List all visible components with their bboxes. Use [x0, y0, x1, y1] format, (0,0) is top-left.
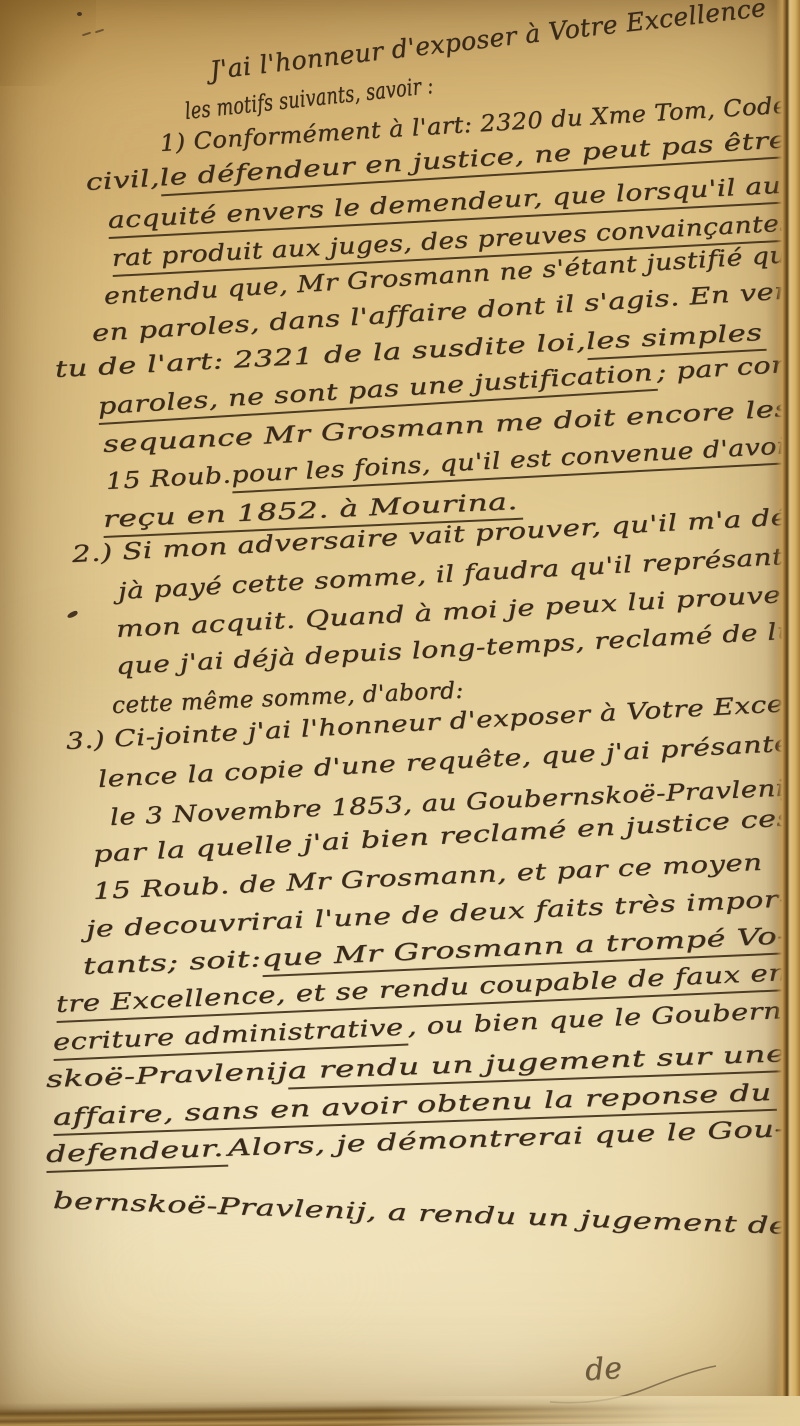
page-edge-fade — [380, 1396, 800, 1426]
page-binding-edge — [766, 0, 800, 1426]
manuscript-photo: J'ai l'honneur d'exposer à Votre Excelle… — [0, 0, 800, 1426]
ink-dot — [77, 12, 82, 16]
text-segment: 15 Roub. — [105, 462, 232, 495]
text-segment: civil, — [85, 166, 160, 196]
underlined-text-segment: defendeur. — [45, 1136, 228, 1173]
